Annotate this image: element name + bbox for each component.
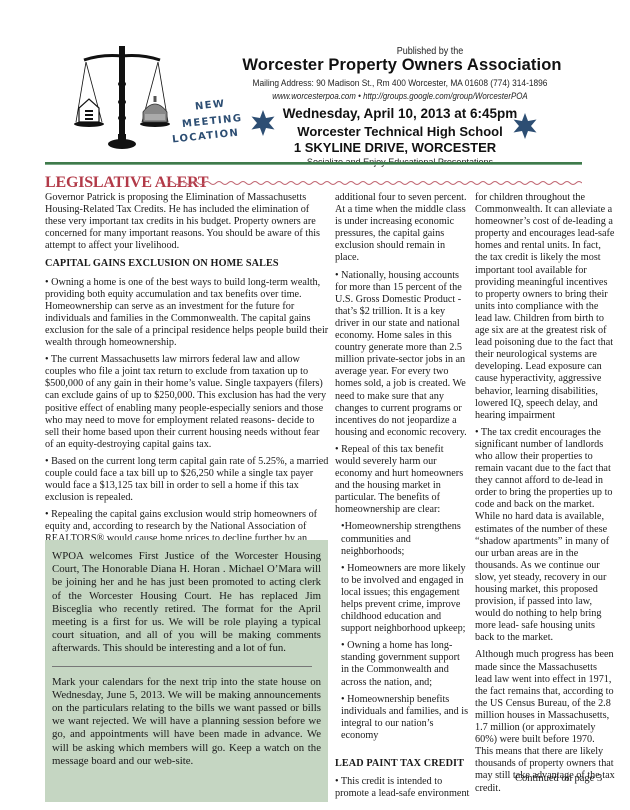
paragraph: • The tax credit encourages the signific… [475, 427, 615, 645]
announcement-divider [52, 666, 312, 667]
article-intro: Governor Patrick is proposing the Elimin… [45, 192, 330, 252]
scales-of-justice-icon [72, 44, 172, 154]
subhead-capital-gains: CAPITAL GAINS EXCLUSION ON HOME SALES [45, 258, 330, 270]
wavy-divider [168, 179, 582, 187]
benefit-item: • Homeownership benefits individuals and… [335, 694, 470, 742]
article-column-3: for children throughout the Commonwealth… [475, 192, 615, 800]
new-location-label-line1: NEW [195, 98, 226, 112]
header-divider [45, 162, 582, 165]
paragraph: • The current Massachusetts law mirrors … [45, 354, 330, 451]
meeting-venue: Worcester Technical High School [270, 124, 530, 139]
paragraph: additional four to seven percent. At a t… [335, 192, 470, 265]
announcement-paragraph-2: Mark your calendars for the next trip in… [52, 676, 321, 768]
subhead-lead-paint: LEAD PAINT TAX CREDIT [335, 758, 470, 770]
organization-name: Worcester Property Owners Association [222, 56, 582, 75]
announcement-paragraph-1: WPOA welcomes First Justice of the Worce… [52, 550, 321, 656]
paragraph: for children throughout the Commonwealth… [475, 192, 615, 422]
article-column-1: Governor Patrick is proposing the Elimin… [45, 192, 330, 551]
paragraph: • Nationally, housing accounts for more … [335, 270, 470, 439]
meeting-address: 1 SKYLINE DRIVE, WORCESTER [270, 140, 520, 155]
announcement-box: WPOA welcomes First Justice of the Worce… [45, 540, 328, 802]
paragraph: • Based on the current long term capital… [45, 456, 330, 504]
benefit-item: •Homeownership strengthens communities a… [335, 521, 470, 557]
paragraph: • Repeal of this tax benefit would sever… [335, 444, 470, 517]
benefit-item: • Homeowners are more likely to be invol… [335, 563, 470, 636]
paragraph: • Owning a home is one of the best ways … [45, 277, 330, 350]
article-column-2: additional four to seven percent. At a t… [335, 192, 470, 805]
benefit-item: • Owning a home has long-standing govern… [335, 640, 470, 688]
meeting-date: Wednesday, April 10, 2013 at 6:45pm [270, 106, 530, 121]
mailing-address: Mailing Address: 90 Madison St., Rm 400 … [224, 78, 576, 89]
website-links[interactable]: www.worcesterpoa.com • http://groups.goo… [224, 91, 576, 101]
continued-on-page-link: Continued on page 3 [515, 773, 602, 784]
paragraph: • This credit is intended to promote a l… [335, 776, 470, 800]
